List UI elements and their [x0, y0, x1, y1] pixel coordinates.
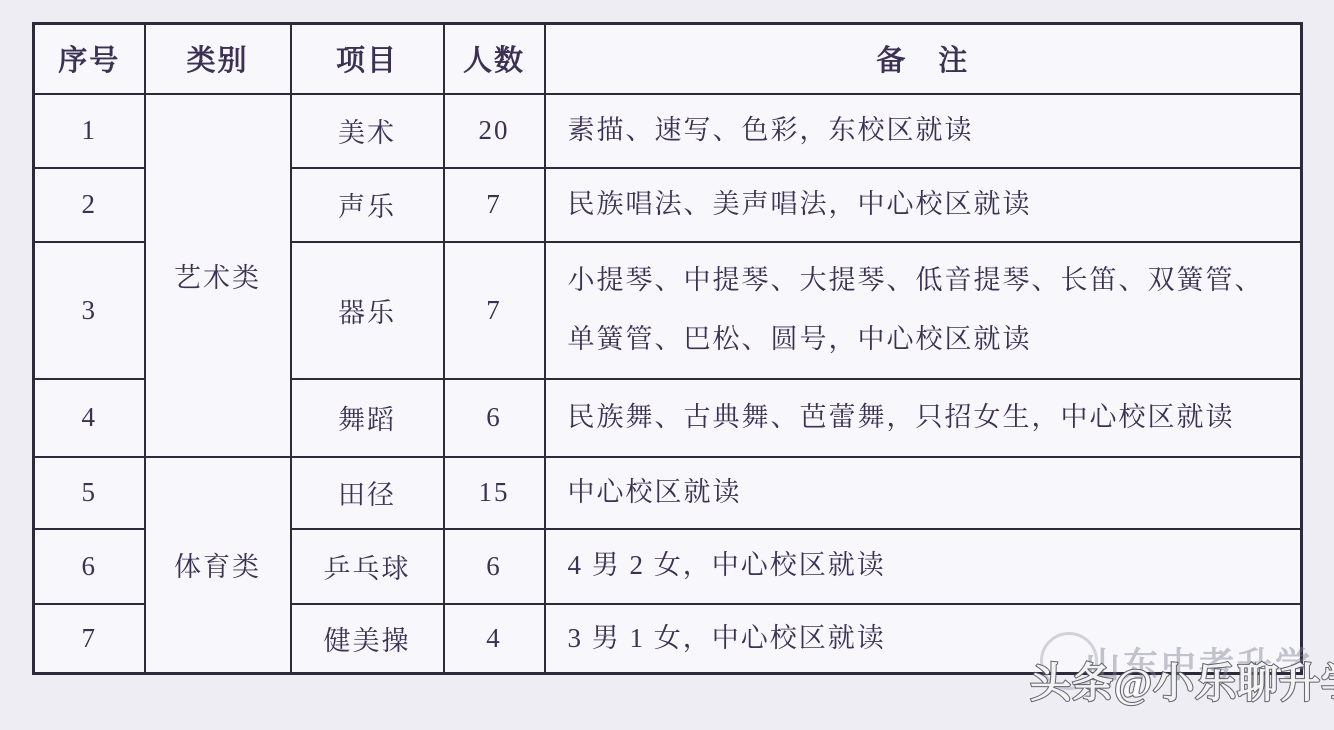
header-project: 项目 [291, 24, 444, 94]
cell-remark: 中心校区就读 [545, 457, 1302, 529]
cell-project: 美术 [291, 94, 444, 168]
cell-remark: 小提琴、中提琴、大提琴、低音提琴、长笛、双簧管、单簧管、巴松、圆号，中心校区就读 [545, 242, 1302, 379]
cell-count: 6 [444, 529, 545, 604]
cell-project: 声乐 [291, 168, 444, 242]
cell-project: 器乐 [291, 242, 444, 379]
cell-count: 7 [444, 242, 545, 379]
cell-no: 6 [34, 529, 145, 604]
table-header-row: 序号 类别 项目 人数 备 注 [34, 24, 1302, 94]
enrollment-table: 序号 类别 项目 人数 备 注 1 艺术类 美术 20 素描、速写、色彩，东校区… [32, 22, 1303, 675]
cell-remark: 民族舞、古典舞、芭蕾舞，只招女生，中心校区就读 [545, 379, 1302, 457]
watermark-main-text: 头条@小乐聊升学 [1030, 650, 1334, 709]
cell-no: 2 [34, 168, 145, 242]
cell-no: 4 [34, 379, 145, 457]
header-remark: 备 注 [545, 24, 1302, 94]
header-count: 人数 [444, 24, 545, 94]
cell-project: 舞蹈 [291, 379, 444, 457]
cell-no: 1 [34, 94, 145, 168]
cell-count: 20 [444, 94, 545, 168]
cell-no: 5 [34, 457, 145, 529]
cell-remark: 民族唱法、美声唱法，中心校区就读 [545, 168, 1302, 242]
cell-no: 3 [34, 242, 145, 379]
cell-category-sport: 体育类 [145, 457, 291, 674]
header-no: 序号 [34, 24, 145, 94]
header-category: 类别 [145, 24, 291, 94]
cell-count: 7 [444, 168, 545, 242]
page: 序号 类别 项目 人数 备 注 1 艺术类 美术 20 素描、速写、色彩，东校区… [0, 0, 1334, 730]
cell-remark: 4 男 2 女，中心校区就读 [545, 529, 1302, 604]
table-row: 5 体育类 田径 15 中心校区就读 [34, 457, 1302, 529]
cell-count: 4 [444, 604, 545, 674]
cell-no: 7 [34, 604, 145, 674]
cell-project: 健美操 [291, 604, 444, 674]
cell-remark: 素描、速写、色彩，东校区就读 [545, 94, 1302, 168]
table-row: 1 艺术类 美术 20 素描、速写、色彩，东校区就读 [34, 94, 1302, 168]
cell-count: 6 [444, 379, 545, 457]
cell-project: 田径 [291, 457, 444, 529]
cell-project: 乒乓球 [291, 529, 444, 604]
cell-count: 15 [444, 457, 545, 529]
cell-category-art: 艺术类 [145, 94, 291, 457]
